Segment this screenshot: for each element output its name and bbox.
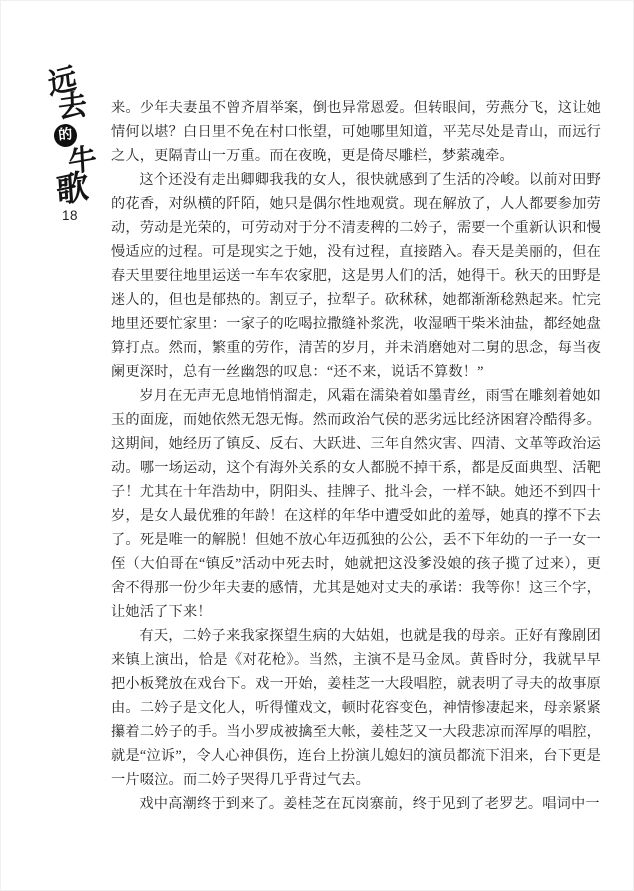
paragraph-continuation: 来。少年夫妻虽不曾齐眉举案，倒也异常恩爱。但转眼间，劳燕分飞，这让她情何以堪？白… [111,96,601,168]
paragraph: 有天，二妗子来我家探望生病的大姑姐，也就是我的母亲。正好有豫剧团来镇上演出，恰是… [111,624,601,792]
title-char-ge: 歌 [55,170,90,210]
title-char-qu: 去 [58,91,88,124]
book-title-calligraphy: 远 去 的 牛 歌 [46,68,102,207]
paragraph: 戏中高潮终于到来了。姜桂芝在瓦岗寨前，终于见到了老罗艺。唱词中一 [111,792,601,816]
book-page: 远 去 的 牛 歌 18 来。少年夫妻虽不曾齐眉举案，倒也异常恩爱。但转眼间，劳… [0,0,634,891]
title-char-de-circled: 的 [53,123,78,148]
paragraph: 岁月在无声无息地悄悄溜走，风霜在濡染着如墨青丝，雨雪在雕刻着她如玉的面庞，而她依… [111,384,601,624]
paragraph: 这个还没有走出卿卿我我的女人，很快就感到了生活的冷峻。以前对田野的花香，对纵横的… [111,168,601,384]
page-number: 18 [62,208,78,223]
body-text: 来。少年夫妻虽不曾齐眉举案，倒也异常恩爱。但转眼间，劳燕分飞，这让她情何以堪？白… [111,96,601,816]
